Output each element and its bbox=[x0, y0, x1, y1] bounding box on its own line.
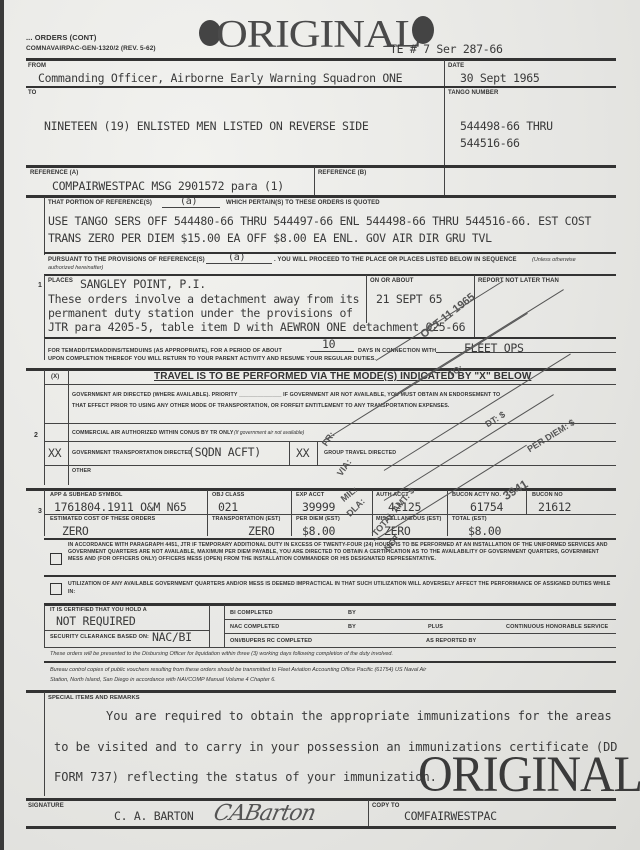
bucon-value: 21612 bbox=[538, 500, 571, 514]
pursuant-note2: authorized hereinafter) bbox=[48, 265, 103, 271]
obj-label: OBJ CLASS bbox=[212, 492, 244, 498]
reference-a-label: REFERENCE (a) bbox=[30, 170, 78, 176]
special-line3: FORM 737) reflecting the status of your … bbox=[54, 770, 437, 784]
bi-by-label: BY bbox=[348, 610, 356, 616]
nac-completed-label: NAC COMPLETED bbox=[230, 624, 279, 630]
original-stamp-bottom: ORIGINAL bbox=[418, 746, 640, 804]
total-value: $8.00 bbox=[468, 524, 501, 538]
bucon-acty-value: 61754 bbox=[470, 500, 503, 514]
from-label: FROM bbox=[28, 63, 46, 69]
quoted-ref: (a) bbox=[180, 196, 197, 207]
to-value: NINETEEN (19) ENLISTED MEN LISTED ON REV… bbox=[44, 119, 369, 133]
ink-blot bbox=[412, 16, 434, 44]
transportation-value: ZERO bbox=[248, 524, 275, 538]
from-value: Commanding Officer, Airborne Early Warni… bbox=[38, 71, 402, 85]
special-line1: You are required to obtain the appropria… bbox=[106, 709, 612, 723]
places-line1: These orders involve a detachment away f… bbox=[48, 292, 359, 306]
temadd-days: 10 bbox=[322, 337, 335, 351]
oni-completed-label: ONI/BUPERS RC COMPLETED bbox=[230, 638, 312, 644]
travel-other-label: OTHER bbox=[72, 468, 91, 474]
signature-name: C. A. BARTON bbox=[114, 809, 193, 823]
special-items-label: SPECIAL ITEMS AND REMARKS bbox=[48, 695, 140, 701]
travel-gov-air-line2: THAT EFFECT PRIOR TO USING ANY OTHER MOD… bbox=[72, 403, 449, 409]
travel-commercial-note: (If government air not available) bbox=[234, 430, 304, 436]
travel-x-col-label: (X) bbox=[51, 374, 59, 380]
pursuant-note1: (Unless otherwise bbox=[532, 257, 576, 263]
handwritten-signature: CABarton bbox=[211, 801, 317, 826]
on-or-about-value: 21 SEPT 65 bbox=[376, 292, 442, 306]
disbursing-note: These orders will be presented to the Di… bbox=[50, 651, 393, 657]
serial-number: TE # 7 Ser 287-66 bbox=[390, 42, 503, 56]
app-label: APP & SUBHEAD SYMBOL bbox=[50, 492, 123, 498]
per-diem-value: $8.00 bbox=[302, 524, 335, 538]
tango-line1: 544498-66 THRU bbox=[460, 119, 553, 133]
reference-b-label: REFERENCE (b) bbox=[318, 170, 366, 176]
certified-value: NOT REQUIRED bbox=[56, 614, 135, 628]
total-label: TOTAL (est) bbox=[452, 516, 487, 522]
per-diem-label: PER DIEM (est) bbox=[296, 516, 340, 522]
copy-to-label: COPY TO bbox=[372, 803, 400, 809]
temadd-label-post: DAYS IN CONNECTION WITH bbox=[358, 348, 436, 354]
travel-gov-trans-mark: XX bbox=[48, 446, 61, 460]
on-or-about-label: ON OR ABOUT bbox=[370, 278, 414, 284]
clearance-based-value: NAC/BI bbox=[152, 630, 192, 644]
places-line2: permanent duty station under the provisi… bbox=[48, 306, 353, 320]
quoted-line2: TRANS ZERO PER DIEM $15.00 EA OFF $8.00 … bbox=[48, 231, 492, 245]
transportation-label: TRANSPORTATION (est) bbox=[212, 516, 280, 522]
places-line3: JTR para 4205-5, table item D with AEWRO… bbox=[48, 320, 465, 334]
form-number: COMNAVAIRPAC-GEN-1320/2 (REV. 5-62) bbox=[26, 45, 156, 52]
quoted-line1: USE TANGO SERS OFF 544480-66 THRU 544497… bbox=[48, 214, 591, 228]
report-label: REPORT NOT LATER THAN bbox=[478, 278, 559, 284]
exp-label: EXP ACCT bbox=[296, 492, 324, 498]
travel-commercial-label: COMMERCIAL AIR AUTHORIZED WITHIN CONUS B… bbox=[72, 430, 234, 436]
continuous-service-label: CONTINUOUS HONORABLE SERVICE bbox=[506, 624, 608, 630]
quarters-certification-text: IN ACCORDANCE WITH PARAGRAPH 4451, JTR I… bbox=[68, 542, 614, 563]
travel-gov-trans-label: GOVERNMENT TRANSPORTATION DIRECTED bbox=[72, 450, 192, 456]
travel-orders-document: ... ORDERS (Cont) COMNAVAIRPAC-GEN-1320/… bbox=[4, 0, 640, 850]
quoted-label-post: WHICH PERTAIN(S) TO THESE ORDERS IS QUOT… bbox=[226, 200, 380, 206]
travel-group-label: GROUP TRAVEL DIRECTED bbox=[324, 450, 396, 456]
copy-to-value: COMFAIRWESTPAC bbox=[404, 809, 497, 823]
bucon-label: BUCON NO bbox=[532, 492, 563, 498]
travel-group-mark: XX bbox=[296, 446, 309, 460]
impractical-text: UTILIZATION OF ANY AVAILABLE GOVERNMENT … bbox=[68, 580, 614, 596]
travel-gov-trans-typed: (SQDN ACFT) bbox=[188, 445, 261, 459]
bucon-acty-label: BUCON ACTY NO. bbox=[452, 492, 501, 498]
bi-completed-label: BI COMPLETED bbox=[230, 610, 273, 616]
pursuant-label-post: . YOU WILL PROCEED TO THE PLACE OR PLACE… bbox=[274, 257, 517, 263]
travel-gov-air-line1: GOVERNMENT AIR DIRECTED (Where Available… bbox=[72, 392, 500, 398]
tango-line2: 544516-66 bbox=[460, 136, 520, 150]
pursuant-ref: (a) bbox=[228, 252, 245, 263]
tango-label: TANGO NUMBER bbox=[448, 90, 498, 96]
places-label: PLACES bbox=[48, 278, 73, 284]
est-cost-label: ESTIMATED COST OF THESE ORDERS bbox=[50, 516, 155, 522]
exp-value: 39999 bbox=[302, 500, 335, 514]
certified-label: IT IS CERTIFIED THAT YOU HOLD A bbox=[50, 607, 147, 613]
bureau-note-line1: Bureau control copies of public vouchers… bbox=[50, 667, 426, 673]
temadd-line2: UPON COMPLETION THEREOF YOU WILL RETURN … bbox=[48, 356, 376, 362]
obj-value: 021 bbox=[218, 500, 238, 514]
temadd-label-pre: FOR TEMADD/TEMADDINS/TEMDUINS (as approp… bbox=[48, 348, 282, 354]
reported-by-label: AS REPORTED BY bbox=[426, 638, 476, 644]
date-value: 30 Sept 1965 bbox=[460, 71, 539, 85]
to-label: TO bbox=[28, 90, 36, 96]
form-title: ... ORDERS (Cont) bbox=[26, 33, 96, 42]
travel-heading: TRAVEL IS TO BE PERFORMED VIA THE MODE(S… bbox=[154, 371, 531, 382]
impractical-checkbox[interactable] bbox=[50, 583, 62, 595]
clearance-based-label: SECURITY CLEARANCE BASED ON: bbox=[50, 634, 149, 640]
plus-label: PLUS bbox=[428, 624, 443, 630]
app-value: 1761804.1911 O&M N65 bbox=[54, 500, 186, 514]
nac-by-label: BY bbox=[348, 624, 356, 630]
signature-label: SIGNATURE bbox=[28, 803, 64, 809]
places-place: SANGLEY POINT, P.I. bbox=[80, 277, 206, 291]
date-label: DATE bbox=[448, 63, 464, 69]
pursuant-label-pre: PURSUANT TO THE PROVISIONS OF REFERENCE(… bbox=[48, 257, 205, 263]
quarters-certification-checkbox[interactable] bbox=[50, 553, 62, 565]
bureau-note-line2: Station, North Island, San Diego in acco… bbox=[50, 677, 276, 683]
reference-a-value: COMPAIRWESTPAC MSG 2901572 para (1) bbox=[52, 179, 284, 193]
est-cost-value: ZERO bbox=[62, 524, 89, 538]
quoted-label-pre: THAT PORTION OF REFERENCE(S) bbox=[48, 200, 152, 206]
